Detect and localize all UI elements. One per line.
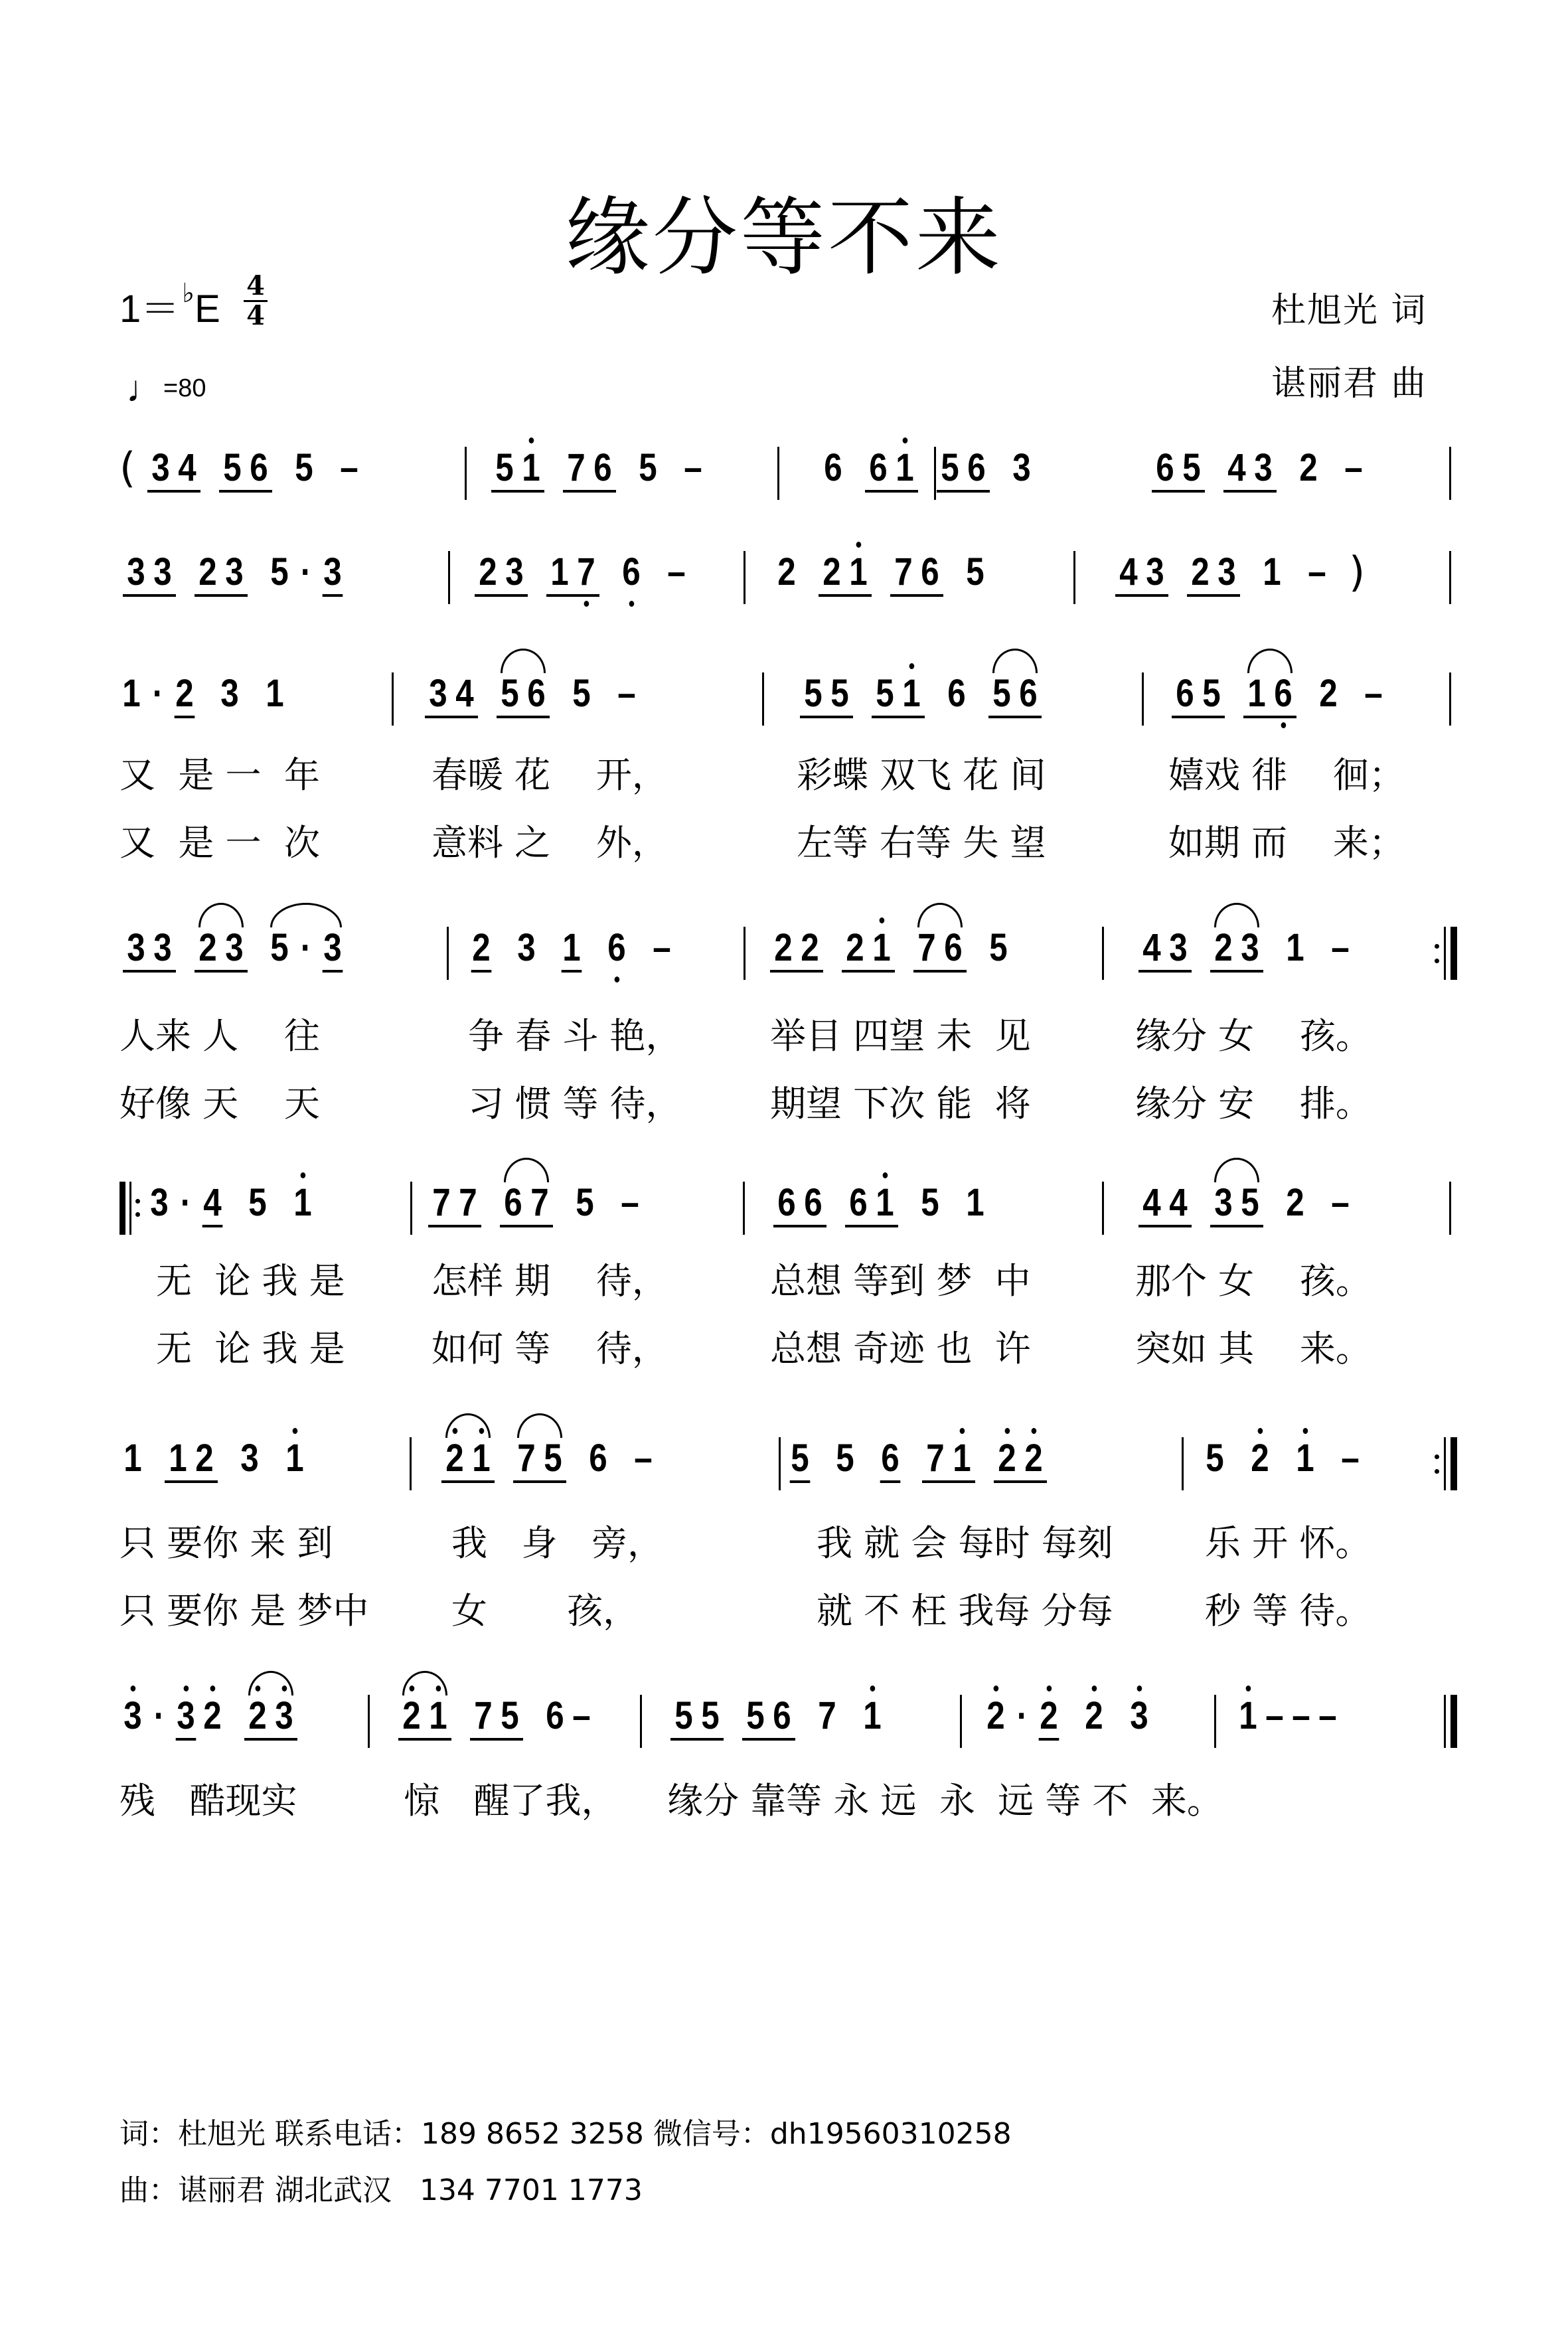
barline (640, 1695, 642, 1748)
note: 1 (900, 661, 923, 727)
note: 1 (548, 539, 571, 605)
note-group: – (1340, 435, 1367, 501)
barline (410, 1437, 412, 1490)
note: 2 (984, 1683, 1007, 1749)
lyric-line-2: 意料 之 外， (431, 815, 668, 866)
dash-extension: – (665, 539, 688, 605)
note: 3 (151, 915, 174, 981)
lyric-line-1: 只 要你 来 到 (119, 1515, 333, 1566)
note-group: 6 (943, 661, 970, 727)
note: 1 (167, 1425, 189, 1492)
eighth-note-group: 16 (1243, 661, 1296, 727)
upper-octave-dot (960, 1428, 965, 1434)
lyric-line-1: 惊 醒了我， (404, 1772, 617, 1824)
eighth-note-group: 35 (1210, 1170, 1263, 1236)
note-group: 2 (1295, 435, 1322, 501)
eighth-note-group: 23 (195, 915, 248, 981)
note-group: 3 (236, 1425, 263, 1492)
note: 1 (1261, 539, 1283, 605)
note: 1 (1284, 915, 1306, 981)
note-group: 1·2 (118, 661, 198, 727)
eighth-note-group: 22 (994, 1425, 1047, 1492)
lyric-line-2: 无 论 我 是 (156, 1320, 345, 1372)
note: 2 (196, 539, 219, 605)
note-group: 2 (1282, 1170, 1308, 1236)
time-signature: 4 4 (242, 272, 269, 330)
lower-octave-dot (1281, 722, 1287, 728)
key-note: E (195, 287, 220, 331)
note: 4 (1140, 1170, 1163, 1236)
note: 5 (744, 1683, 767, 1749)
footer-composer-contact: 曲：谌丽君 湖北武汉 134 7701 1773 (119, 2166, 643, 2209)
notes-row: 1·23134565–555165665162– (0, 661, 1568, 734)
note: 5 (828, 661, 851, 727)
barline (392, 672, 394, 726)
barline (1102, 1182, 1104, 1235)
note-group: 6 (618, 539, 645, 605)
note-group: 2 (773, 539, 800, 605)
upper-octave-dot (1258, 1428, 1263, 1434)
dash-extension: – (1342, 435, 1365, 501)
dash-extension: – (1306, 539, 1328, 605)
note: 4 (1225, 435, 1248, 501)
measure: 221765 (773, 539, 1007, 612)
note: 4 (1140, 915, 1163, 981)
note: 6 (544, 1683, 566, 1749)
note-group: 6 (877, 1425, 903, 1492)
notes-row: 33235·32316–222176543231– (0, 915, 1568, 988)
note-group: 1 (1292, 1425, 1318, 1492)
eighth-note-group: 75 (513, 1425, 566, 1492)
upper-octave-dot (870, 1686, 876, 1691)
measure: 661563 (820, 435, 1054, 508)
note: 3 (1128, 1683, 1150, 1749)
note: 3 (321, 539, 344, 605)
lyric-line-2: 就 不 枉 我每 分每 (817, 1583, 1113, 1634)
note: 6 (620, 539, 643, 605)
note: 6 (591, 435, 614, 501)
note: 2 (1317, 661, 1340, 727)
dash-extension: – (682, 435, 704, 501)
barline (465, 447, 467, 500)
note-group: 5 (568, 661, 595, 727)
note: 3 (151, 539, 174, 605)
note: 1 (894, 435, 916, 501)
dot-augmentation: · (295, 539, 317, 605)
note-group: – (336, 435, 362, 501)
note: 5 (268, 539, 291, 605)
barline (368, 1695, 370, 1748)
note: 3 (175, 1683, 197, 1749)
note: 4 (1167, 1170, 1190, 1236)
note-group: – (630, 1425, 657, 1492)
tie-arc (270, 903, 342, 927)
lyric-line-1: 缘分 靠等 永 远 永 远 等 不 来。 (667, 1772, 1223, 1824)
note-group: 5 (962, 539, 988, 605)
note-group: – (617, 1170, 643, 1236)
song-title: 缘分等不来 (0, 169, 1568, 291)
note-group: – (1337, 1425, 1364, 1492)
upper-octave-dot (131, 1686, 136, 1691)
eighth-note-group: 56 (742, 1683, 795, 1749)
measure: 33235·3 (123, 539, 364, 612)
measure: 34565– (425, 661, 659, 734)
upper-octave-dot (210, 1686, 216, 1691)
upper-octave-dot (880, 917, 885, 923)
notes-row: 33235·323176–22176543231–) (0, 539, 1568, 612)
note: 2 (1189, 539, 1212, 605)
note-group: 1 (119, 1425, 146, 1492)
eighth-note-group: 61 (865, 435, 918, 501)
eighth-note-group: 43 (1138, 915, 1192, 981)
note: 3 (1167, 915, 1190, 981)
note: 1 (951, 1425, 973, 1492)
note-group: 1 (1282, 915, 1308, 981)
measure: 1––– (1235, 1683, 1360, 1756)
repeat-start-barline (119, 1170, 142, 1236)
quarter-note-icon: ♩ (126, 368, 163, 410)
note: 6 (802, 1170, 824, 1236)
note: 1 (264, 661, 286, 727)
note: 6 (605, 915, 628, 981)
lyric-line-1: 争 春 斗 艳， (468, 1008, 682, 1059)
upper-octave-dot (293, 1428, 298, 1434)
tie-arc (198, 903, 244, 927)
barline (777, 447, 779, 500)
note: 3 (149, 435, 172, 501)
dash-extension: – (615, 661, 638, 727)
barline (1449, 672, 1451, 726)
note: 5 (834, 1425, 856, 1492)
lyric-line-2: 总想 奇迹 也 许 (770, 1320, 1031, 1372)
note: 1 (861, 1683, 884, 1749)
eighth-note-group: 23 (475, 539, 528, 605)
note: 6 (965, 435, 988, 501)
note: 2 (477, 539, 499, 605)
measure: 666151 (773, 1170, 1007, 1243)
note-group: – (1327, 915, 1354, 981)
eighth-note-group: 21 (441, 1425, 495, 1492)
eighth-note-group: 34 (425, 661, 478, 727)
barline (744, 551, 745, 604)
note: 5 (802, 661, 824, 727)
note: 5 (570, 661, 593, 727)
note-group: 3·4 (146, 1170, 226, 1236)
lyric-line-1: 嬉戏 徘 徊； (1168, 747, 1405, 798)
dash-extension: – (1362, 661, 1385, 727)
upper-octave-dot (301, 1172, 306, 1178)
note: 7 (472, 1683, 495, 1749)
eighth-note-group: 51 (872, 661, 925, 727)
lyric-line-2: 突如 其 来。 (1135, 1320, 1372, 1372)
dash-extension: – (1290, 1683, 1312, 1749)
note: 3 (238, 1425, 261, 1492)
note: 5 (221, 435, 244, 501)
eighth-note-group: 23 (244, 1683, 297, 1749)
note: 1 (874, 1170, 896, 1236)
note-group: 6 (820, 435, 846, 501)
tie-arc (402, 1671, 447, 1695)
note: 2 (844, 915, 866, 981)
eighth-note-group: 65 (1172, 661, 1225, 727)
eighth-note-group: 71 (922, 1425, 975, 1492)
barline (448, 551, 450, 604)
upper-octave-dot (1032, 1428, 1037, 1434)
dash-extension: – (1329, 1170, 1352, 1236)
note-group: – (663, 539, 690, 605)
note: 5 (637, 435, 659, 501)
upper-octave-dot (994, 1686, 999, 1691)
note: 2 (193, 1425, 216, 1492)
measure: 43231– (1138, 915, 1372, 988)
note-group: 3 (1126, 1683, 1152, 1749)
measure: 521– (1202, 1425, 1382, 1498)
note: 5 (293, 435, 315, 501)
eighth-note-group: 33 (123, 539, 176, 605)
barline (960, 1695, 962, 1748)
note: 2 (470, 915, 493, 981)
barline (1449, 447, 1451, 500)
measure: 65432– (1152, 435, 1385, 508)
note-group: 5 (1202, 1425, 1228, 1492)
dot-augmentation: · (148, 1683, 171, 1749)
upper-octave-dot (909, 663, 915, 669)
tie-arc (445, 1413, 491, 1438)
lower-octave-dot (584, 601, 589, 607)
barline (934, 447, 936, 500)
dash-extension: – (1263, 1683, 1286, 1749)
note-group: 1 (962, 1170, 988, 1236)
dash-extension: – (570, 1683, 593, 1749)
note-group: 3 (1008, 435, 1035, 501)
composer-credit: 谌丽君 曲 (1271, 355, 1427, 405)
eighth-note-group: 55 (800, 661, 853, 727)
eighth-note-group: 23 (1187, 539, 1240, 605)
note-group: 5 (917, 1170, 943, 1236)
lyric-line-2: 期望 下次 能 将 (770, 1075, 1031, 1127)
dash-extension: – (338, 435, 360, 501)
open-paren: ( (119, 435, 135, 501)
barline (1449, 1182, 1451, 1235)
note: 6 (847, 1170, 870, 1236)
measure: 3·3223 (119, 1683, 316, 1756)
note-group: 5 (635, 435, 661, 501)
barline (744, 927, 745, 980)
note-group: 3·32 (119, 1683, 226, 1749)
time-sig-top: 4 (242, 272, 269, 300)
note: 6 (945, 661, 968, 727)
lyric-line-1: 怎样 期 待， (431, 1253, 668, 1304)
note-group: 5·3 (266, 915, 346, 981)
lyric-line-2: 如何 等 待， (431, 1320, 668, 1372)
note: 6 (919, 539, 941, 605)
note-group: 2·2 (982, 1683, 1062, 1749)
upper-octave-dot (1246, 1686, 1251, 1691)
note: 3 (125, 539, 147, 605)
eighth-note-group: 61 (845, 1170, 898, 1236)
eighth-note-group: 56 (937, 435, 990, 501)
eighth-note-group: 66 (773, 1170, 826, 1236)
measure: 65162– (1172, 661, 1405, 734)
note: 3 (1252, 435, 1275, 501)
note: 6 (248, 435, 270, 501)
note: 7 (575, 539, 597, 605)
measure: 5551656 (800, 661, 1060, 734)
eighth-note-group: 23 (195, 539, 248, 605)
measure: 21756– (398, 1683, 613, 1756)
lyric-line-1: 春暖 花 开， (431, 747, 668, 798)
note: 5 (672, 1683, 695, 1749)
note: 2 (799, 915, 821, 981)
barline (743, 1182, 745, 1235)
eighth-note-group: 21 (842, 915, 895, 981)
note: 5 (574, 1170, 596, 1236)
tie-arc (992, 649, 1038, 673)
note: 5 (493, 435, 516, 501)
lyric-line-1: 我 身 旁， (451, 1515, 663, 1566)
note: 5 (939, 435, 961, 501)
lyric-line-1: 人来 人 往 (119, 1008, 320, 1059)
lyric-line-2: 习 惯 等 待， (468, 1075, 682, 1127)
note-group: 6– (542, 1683, 595, 1749)
eighth-note-group: 76 (563, 435, 616, 501)
barline (1449, 551, 1451, 604)
lyric-line-2: 秒 等 待。 (1205, 1583, 1371, 1634)
note: 5 (246, 1170, 269, 1236)
note-group: 1 (262, 661, 288, 727)
measure: 43231–) (1115, 539, 1377, 612)
tie-arc (501, 649, 546, 673)
dash-extension: – (651, 915, 673, 981)
note: 1 (1237, 1683, 1259, 1749)
note: 7 (457, 1170, 479, 1236)
eighth-note-group: 43 (1223, 435, 1277, 501)
flat-icon: ♭ (182, 279, 195, 308)
tempo-marking: ♩=80 (126, 362, 206, 405)
notes-row: 3·45177675–66615144352– (0, 1170, 1568, 1243)
note: 7 (430, 1170, 453, 1236)
upper-octave-dot (1092, 1686, 1097, 1691)
eighth-note-group: 55 (670, 1683, 724, 1749)
note: 4 (176, 435, 198, 501)
note: 4 (201, 1170, 224, 1236)
upper-octave-dot (529, 437, 534, 443)
note: 1 (964, 1170, 986, 1236)
eighth-note-group: 21 (398, 1683, 451, 1749)
barline (410, 1182, 412, 1235)
measure: 555671 (670, 1683, 904, 1756)
lyric-line-2: 又 是 一 次 (119, 815, 320, 866)
note: 3 (125, 915, 147, 981)
note: 1 (560, 915, 583, 981)
measure: 2·223 (982, 1683, 1171, 1756)
note: 2 (1038, 1683, 1060, 1749)
note-group: 2 (468, 915, 495, 981)
dash-extension: – (1316, 1683, 1339, 1749)
eighth-note-group: 76 (890, 539, 943, 605)
tie-arc (917, 903, 963, 927)
notes-row: 3·322321756–5556712·2231––– (0, 1683, 1568, 1756)
note: 5 (699, 1683, 722, 1749)
note: 5 (499, 1683, 521, 1749)
note-group: 2 (1315, 661, 1342, 727)
key-signature: 1＝♭E (119, 277, 220, 333)
notes-row: 1123121756–5567122521– (0, 1425, 1568, 1498)
note: 6 (1174, 661, 1196, 727)
note-group: 7 (814, 1683, 840, 1749)
footer-lyricist-contact: 词：杜旭光 联系电话：189 8652 3258 微信号：dh195603102… (119, 2110, 1012, 2152)
dash-extension: – (632, 1425, 655, 1492)
note: 3 (1215, 539, 1238, 605)
upper-octave-dot (1303, 1428, 1308, 1434)
lower-octave-dot (615, 977, 620, 982)
eighth-note-group: 56 (219, 435, 272, 501)
upper-octave-dot (883, 1172, 888, 1178)
eighth-note-group: 56 (497, 661, 550, 727)
barline (1142, 672, 1144, 726)
notes-row: (34565–51765–66156365432– (0, 435, 1568, 508)
upper-octave-dot (903, 437, 908, 443)
note: 4 (453, 661, 476, 727)
measure: 21756– (441, 1425, 675, 1498)
note: 6 (587, 1425, 609, 1492)
lyric-line-2: 只 要你 是 梦中 (119, 1583, 369, 1634)
note: 4 (1117, 539, 1140, 605)
note: 6 (879, 1425, 902, 1492)
tie-arc (1214, 1158, 1259, 1182)
barline (1214, 1695, 1216, 1748)
upper-octave-dot (1005, 1428, 1010, 1434)
eighth-note-group: 77 (428, 1170, 481, 1236)
note-group: 1 (289, 1170, 316, 1236)
eighth-note-group: 12 (165, 1425, 218, 1492)
note: 2 (1022, 1425, 1045, 1492)
note: 5 (919, 1170, 941, 1236)
tie-arc (517, 1413, 562, 1438)
eighth-note-group: 22 (770, 915, 823, 981)
note: 2 (1284, 1170, 1306, 1236)
measure: 23176– (475, 539, 708, 612)
barline (779, 1437, 781, 1490)
note: 7 (924, 1425, 947, 1492)
note-group: 1 (281, 1425, 308, 1492)
note: 2 (996, 1425, 1018, 1492)
note: 5 (964, 539, 986, 605)
note: 1 (120, 661, 143, 727)
note-group: 1 (859, 1683, 886, 1749)
note: 2 (1083, 1683, 1105, 1749)
lyric-line-1: 无 论 我 是 (156, 1253, 345, 1304)
note-group: 5 (787, 1425, 813, 1492)
note-group: 5 (244, 1170, 271, 1236)
note: 2 (173, 661, 196, 727)
lyric-line-2: 好像 天 天 (119, 1075, 320, 1127)
measure: 3·451 (119, 1170, 335, 1243)
note-group: 5 (291, 435, 317, 501)
note: 5 (1204, 1425, 1226, 1492)
note-group: 2 (1081, 1683, 1107, 1749)
note: 6 (775, 1170, 798, 1236)
note-group: – (649, 915, 675, 981)
note: 5 (874, 661, 896, 727)
note-group: – (1360, 661, 1387, 727)
barline (1182, 1437, 1184, 1490)
barline (1073, 551, 1075, 604)
eighth-note-group: 44 (1138, 1170, 1192, 1236)
note: 5 (1180, 435, 1203, 501)
lyric-line-1: 缘分 女 孩。 (1135, 1008, 1372, 1059)
note: 2 (775, 539, 798, 605)
